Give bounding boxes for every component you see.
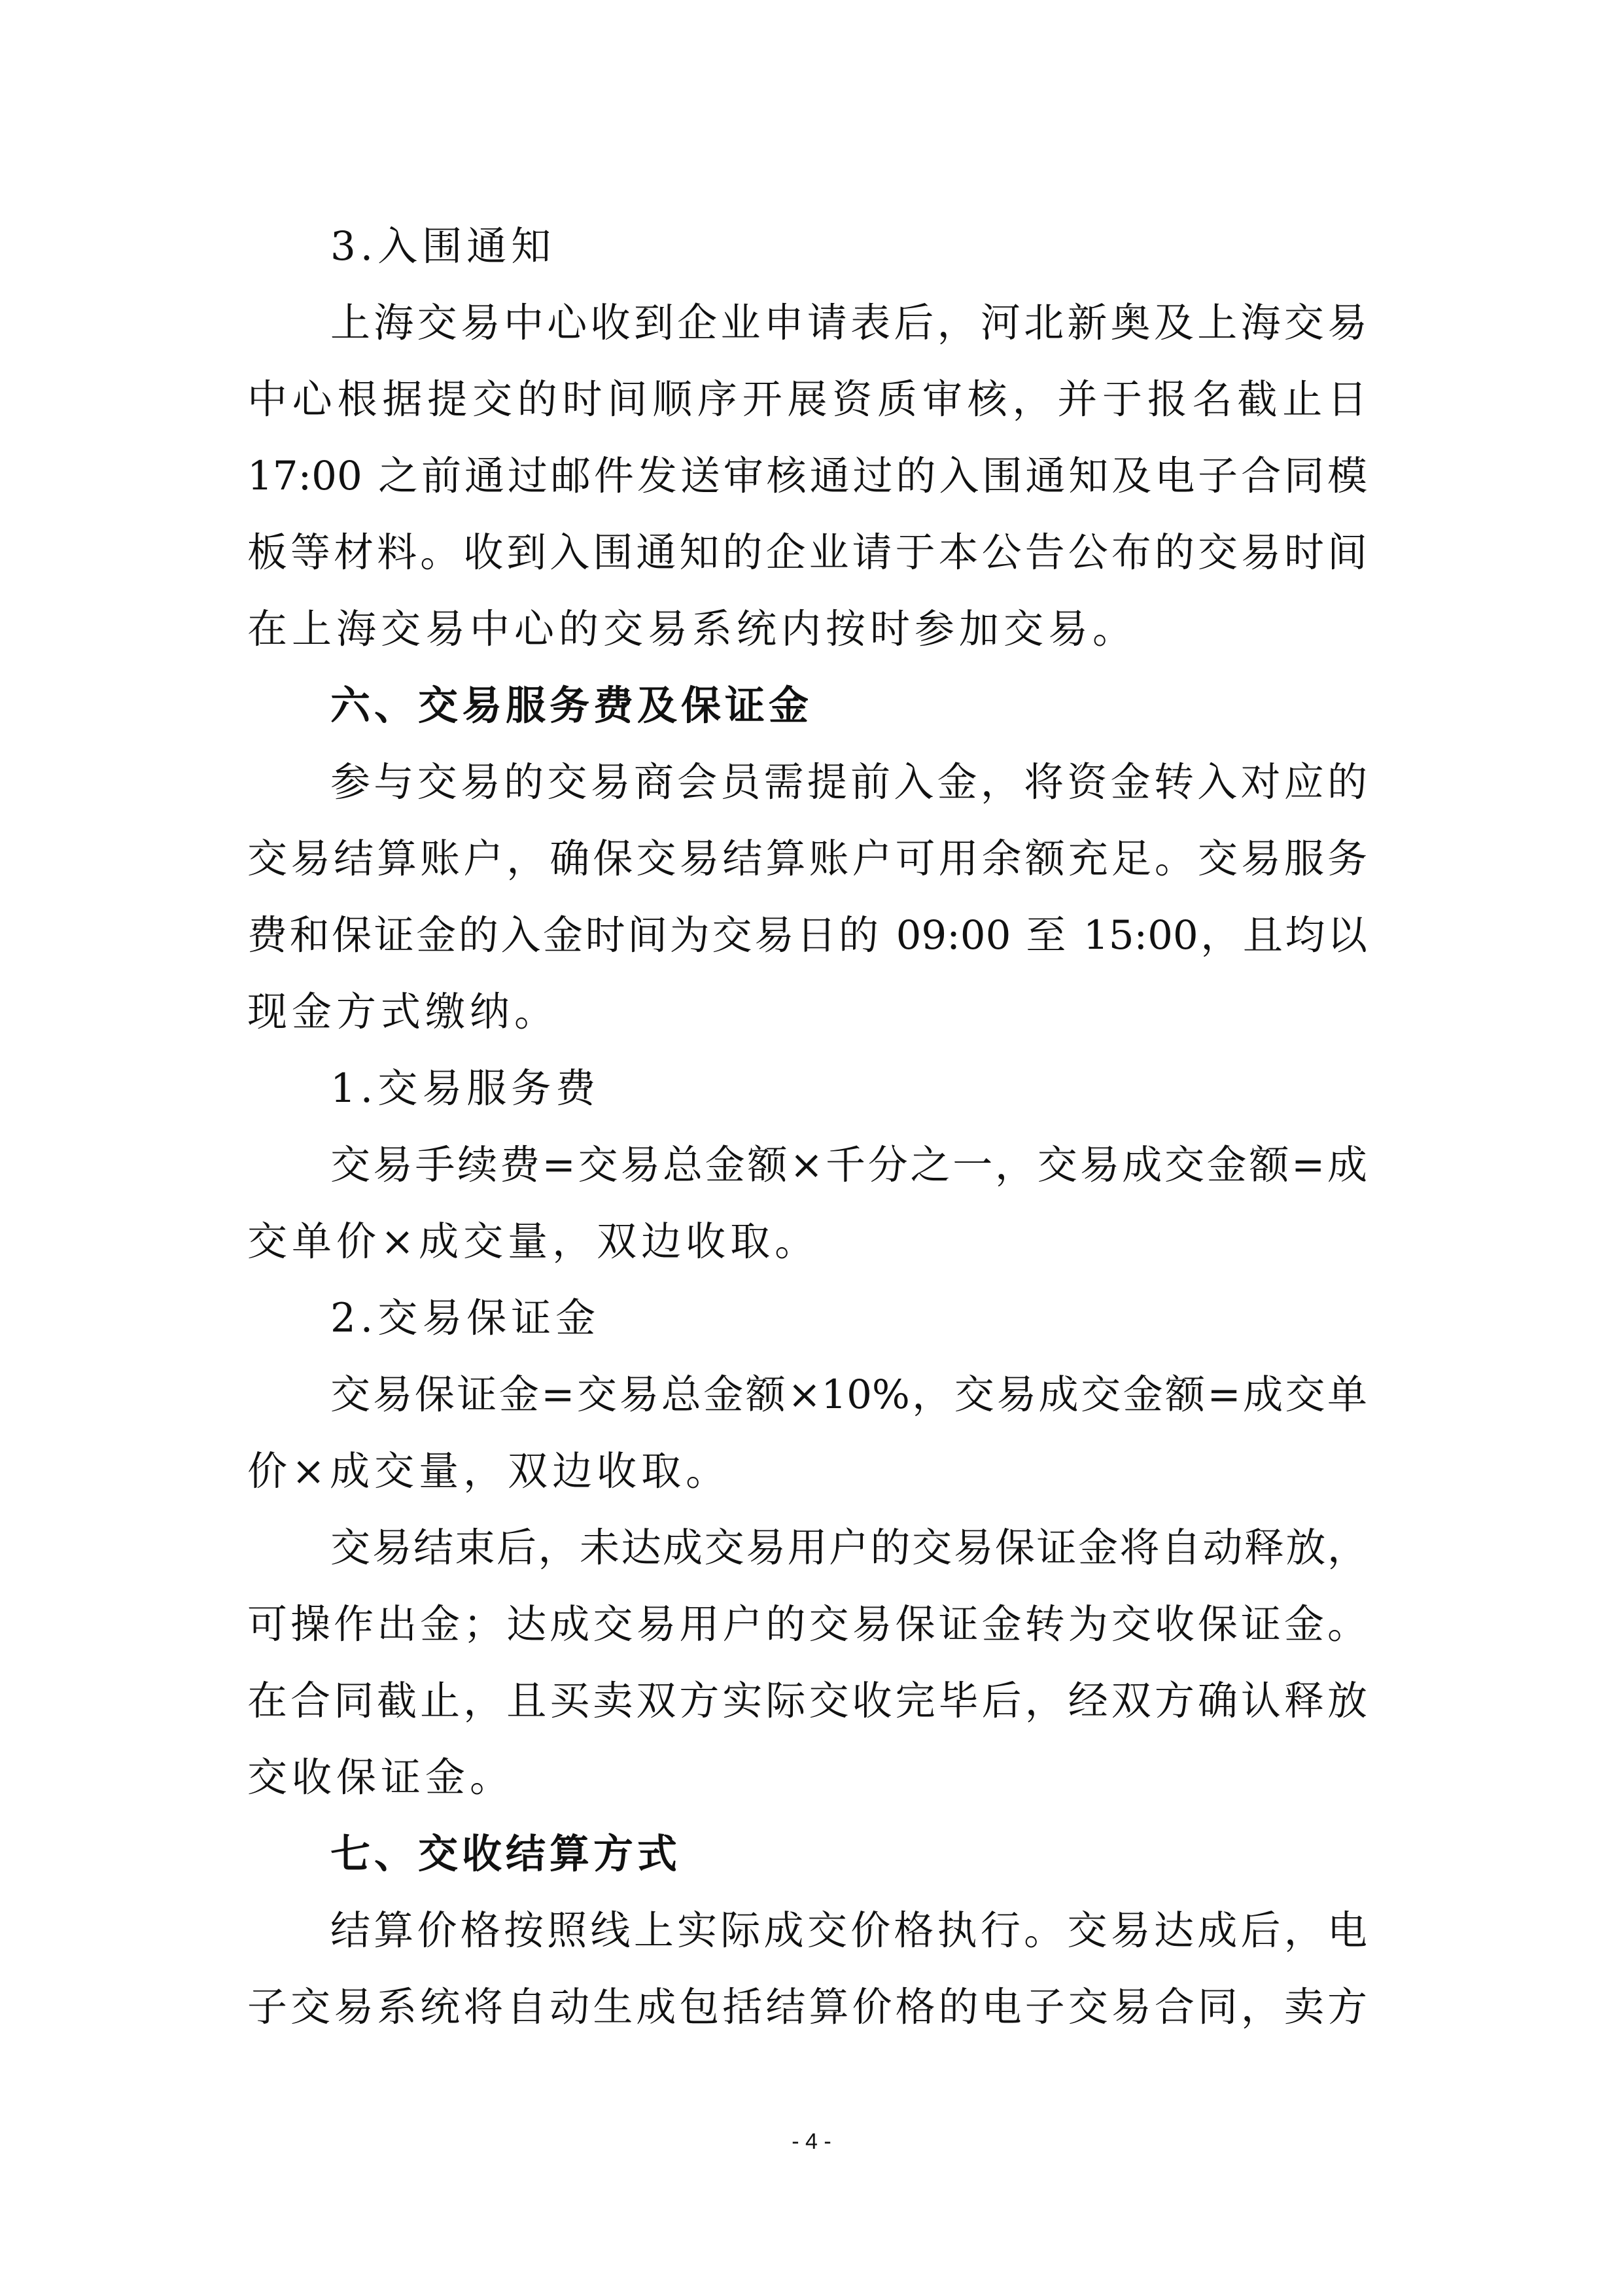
paragraph-line: 17:00 之前通过邮件发送审核通过的入围通知及电子合同模 <box>247 438 1367 514</box>
paragraph-line: 费和保证金的入金时间为交易日的 09:00 至 15:00，且均以 <box>247 897 1367 974</box>
paragraph-line: 可操作出金；达成交易用户的交易保证金转为交收保证金。 <box>247 1586 1367 1663</box>
section-heading-fees-deposit: 六、交易服务费及保证金 <box>330 667 812 744</box>
paragraph-line: 参与交易的交易商会员需提前入金，将资金转入对应的 <box>330 744 1367 821</box>
paragraph-line: 在合同截止，且买卖双方实际交收完毕后，经双方确认释放 <box>247 1663 1367 1739</box>
paragraph-line: 交收保证金。 <box>247 1739 514 1816</box>
paragraph-line: 价×成交量，双边收取。 <box>247 1433 730 1510</box>
paragraph-line: 板等材料。收到入围通知的企业请于本公告公布的交易时间 <box>247 514 1367 591</box>
paragraph-line: 结算价格按照线上实际成交价格执行。交易达成后，电 <box>330 1892 1367 1969</box>
section-heading-settlement: 七、交收结算方式 <box>330 1816 681 1892</box>
paragraph-line: 交易手续费=交易总金额×千分之一，交易成交金额=成 <box>330 1127 1367 1203</box>
paragraph-line: 上海交易中心收到企业申请表后，河北新奥及上海交易 <box>330 285 1367 361</box>
subsection-heading-service-fee: 1.交易服务费 <box>330 1050 600 1127</box>
paragraph-line: 交易保证金=交易总金额×10%，交易成交金额=成交单 <box>330 1356 1367 1433</box>
paragraph-line: 交单价×成交量，双边收取。 <box>247 1203 819 1280</box>
paragraph-line: 子交易系统将自动生成包括结算价格的电子交易合同，卖方 <box>247 1969 1367 2045</box>
paragraph-line: 中心根据提交的时间顺序开展资质审核，并于报名截止日 <box>247 361 1367 438</box>
page-number: - 4 - <box>0 2129 1623 2155</box>
paragraph-line: 在上海交易中心的交易系统内按时参加交易。 <box>247 591 1137 667</box>
paragraph-line: 交易结算账户，确保交易结算账户可用余额充足。交易服务 <box>247 821 1367 897</box>
subsection-heading-deposit: 2.交易保证金 <box>330 1280 600 1356</box>
subsection-heading-admission-notice: 3.入围通知 <box>330 208 555 285</box>
paragraph-line: 现金方式缴纳。 <box>247 974 559 1050</box>
paragraph-line: 交易结束后，未达成交易用户的交易保证金将自动释放， <box>330 1510 1367 1586</box>
